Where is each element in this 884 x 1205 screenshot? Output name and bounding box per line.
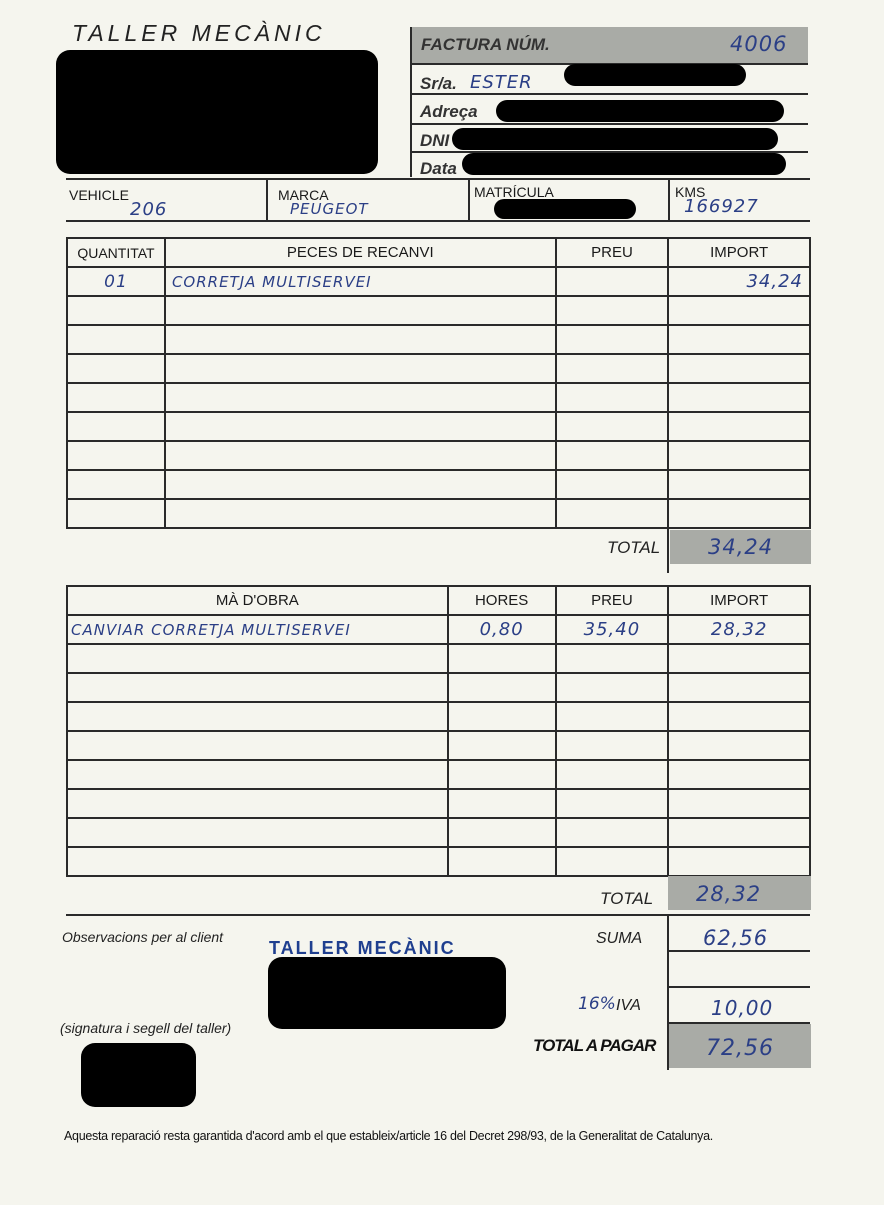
col-part-description: PECES DE RECANVI xyxy=(165,238,556,267)
observations-label: Observacions per al client xyxy=(62,929,223,945)
kms-value: 166927 xyxy=(684,196,759,217)
labor-desc xyxy=(67,644,448,673)
vehicle-value: 206 xyxy=(130,199,167,220)
part-qty xyxy=(67,296,165,325)
part-amount xyxy=(668,383,810,412)
col-price: PREU xyxy=(556,586,669,615)
sum-value: 62,56 xyxy=(703,926,768,950)
client-name: ESTER xyxy=(470,72,533,93)
part-price xyxy=(556,499,669,528)
part-desc xyxy=(165,354,556,383)
table-row xyxy=(67,789,810,818)
rule xyxy=(66,914,810,916)
rule xyxy=(66,220,810,222)
part-price xyxy=(556,354,669,383)
part-desc: CORRETJA MULTISERVEI xyxy=(165,267,556,296)
rule xyxy=(668,950,810,952)
date-label: Data xyxy=(420,159,457,179)
col-quantity: QUANTITAT xyxy=(67,238,165,267)
part-desc xyxy=(165,412,556,441)
signature-label: (signatura i segell del taller) xyxy=(60,1020,231,1036)
rule xyxy=(668,178,670,221)
labor-desc xyxy=(67,818,448,847)
labor-header-row: MÀ D'OBRA HORES PREU IMPORT xyxy=(67,586,810,615)
part-qty xyxy=(67,325,165,354)
part-desc xyxy=(165,296,556,325)
labor-amount xyxy=(668,760,810,789)
labor-price xyxy=(556,847,669,876)
rule xyxy=(266,178,268,221)
part-qty xyxy=(67,441,165,470)
parts-total-value: 34,24 xyxy=(708,535,773,559)
vat-label: IVA xyxy=(616,997,641,1015)
part-price xyxy=(556,296,669,325)
col-labor-description: MÀ D'OBRA xyxy=(67,586,448,615)
labor-amount xyxy=(668,644,810,673)
vat-rate: 16% xyxy=(578,994,616,1014)
redacted-date xyxy=(462,153,786,175)
part-price xyxy=(556,267,669,296)
table-row xyxy=(67,325,810,354)
labor-price xyxy=(556,731,669,760)
labor-total-label: TOTAL xyxy=(600,889,653,909)
part-amount xyxy=(668,296,810,325)
col-hours: HORES xyxy=(448,586,556,615)
table-row: CANVIAR CORRETJA MULTISERVEI 0,80 35,40 … xyxy=(67,615,810,644)
client-label: Sr/a. xyxy=(420,74,457,94)
rule xyxy=(412,93,808,95)
brand-value: PEUGEOT xyxy=(290,200,369,218)
part-amount xyxy=(668,325,810,354)
table-row xyxy=(67,296,810,325)
col-amount: IMPORT xyxy=(668,238,810,267)
rule xyxy=(468,178,470,221)
part-amount xyxy=(668,441,810,470)
labor-price xyxy=(556,644,669,673)
table-row xyxy=(67,354,810,383)
table-row xyxy=(67,731,810,760)
rule xyxy=(667,527,669,573)
labor-hours xyxy=(448,731,556,760)
part-amount xyxy=(668,470,810,499)
labor-price xyxy=(556,789,669,818)
part-desc xyxy=(165,325,556,354)
part-qty xyxy=(67,470,165,499)
grand-total-label: TOTAL A PAGAR xyxy=(533,1036,655,1056)
part-qty xyxy=(67,412,165,441)
table-row xyxy=(67,412,810,441)
col-amount: IMPORT xyxy=(668,586,810,615)
table-row xyxy=(67,760,810,789)
labor-desc xyxy=(67,789,448,818)
table-row xyxy=(67,441,810,470)
table-row xyxy=(67,470,810,499)
labor-price xyxy=(556,818,669,847)
part-price xyxy=(556,412,669,441)
rule xyxy=(668,986,810,988)
labor-hours xyxy=(448,847,556,876)
labor-amount xyxy=(668,702,810,731)
part-desc xyxy=(165,470,556,499)
parts-header-row: QUANTITAT PECES DE RECANVI PREU IMPORT xyxy=(67,238,810,267)
table-row: 01 CORRETJA MULTISERVEI 34,24 xyxy=(67,267,810,296)
labor-amount xyxy=(668,847,810,876)
labor-hours xyxy=(448,760,556,789)
parts-total-label: TOTAL xyxy=(607,538,660,558)
vat-value: 10,00 xyxy=(711,996,773,1020)
labor-hours xyxy=(448,818,556,847)
part-qty xyxy=(67,354,165,383)
part-desc xyxy=(165,383,556,412)
labor-amount xyxy=(668,789,810,818)
table-row xyxy=(67,818,810,847)
table-row xyxy=(67,499,810,528)
part-amount xyxy=(668,412,810,441)
labor-hours xyxy=(448,644,556,673)
redacted-stamp xyxy=(268,957,506,1029)
labor-amount xyxy=(668,673,810,702)
part-amount xyxy=(668,354,810,383)
rule xyxy=(66,178,810,180)
table-row xyxy=(67,847,810,876)
labor-price xyxy=(556,673,669,702)
part-amount: 34,24 xyxy=(668,267,810,296)
labor-hours xyxy=(448,673,556,702)
dni-label: DNI xyxy=(420,131,449,151)
labor-desc xyxy=(67,731,448,760)
part-amount xyxy=(668,499,810,528)
labor-desc xyxy=(67,760,448,789)
part-price xyxy=(556,470,669,499)
redacted-plate xyxy=(494,199,636,219)
part-desc xyxy=(165,499,556,528)
labor-desc: CANVIAR CORRETJA MULTISERVEI xyxy=(67,615,448,644)
labor-hours: 0,80 xyxy=(448,615,556,644)
part-qty xyxy=(67,499,165,528)
table-row xyxy=(67,644,810,673)
labor-amount xyxy=(668,818,810,847)
labor-price xyxy=(556,760,669,789)
redacted-shop-info xyxy=(56,50,378,174)
part-price xyxy=(556,383,669,412)
labor-desc xyxy=(67,673,448,702)
labor-amount xyxy=(668,731,810,760)
redacted-address xyxy=(496,100,784,122)
sum-label: SUMA xyxy=(596,930,642,948)
plate-label: MATRÍCULA xyxy=(474,184,554,200)
redacted-dni xyxy=(452,128,778,150)
labor-price xyxy=(556,702,669,731)
labor-desc xyxy=(67,847,448,876)
part-desc xyxy=(165,441,556,470)
table-row xyxy=(67,673,810,702)
labor-hours xyxy=(448,702,556,731)
parts-table: QUANTITAT PECES DE RECANVI PREU IMPORT 0… xyxy=(66,237,811,529)
labor-amount: 28,32 xyxy=(668,615,810,644)
col-price: PREU xyxy=(556,238,669,267)
vehicle-label: VEHICLE xyxy=(69,187,129,203)
grand-total-value: 72,56 xyxy=(706,1036,774,1061)
part-price xyxy=(556,441,669,470)
invoice-label: FACTURA NÚM. xyxy=(421,35,550,55)
labor-table: MÀ D'OBRA HORES PREU IMPORT CANVIAR CORR… xyxy=(66,585,811,877)
table-row xyxy=(67,702,810,731)
rule xyxy=(412,123,808,125)
legal-note: Aquesta reparació resta garantida d'acor… xyxy=(64,1129,713,1143)
labor-hours xyxy=(448,789,556,818)
part-price xyxy=(556,325,669,354)
labor-price: 35,40 xyxy=(556,615,669,644)
labor-total-value: 28,32 xyxy=(696,882,761,906)
labor-desc xyxy=(67,702,448,731)
shop-title: TALLER MECÀNIC xyxy=(72,20,326,47)
part-qty xyxy=(67,383,165,412)
table-row xyxy=(67,383,810,412)
stamp-title: TALLER MECÀNIC xyxy=(269,938,456,959)
redacted-signature xyxy=(81,1043,196,1107)
invoice-number: 4006 xyxy=(730,32,787,56)
part-qty: 01 xyxy=(67,267,165,296)
redacted-client-surname xyxy=(564,64,746,86)
address-label: Adreça xyxy=(420,102,478,122)
